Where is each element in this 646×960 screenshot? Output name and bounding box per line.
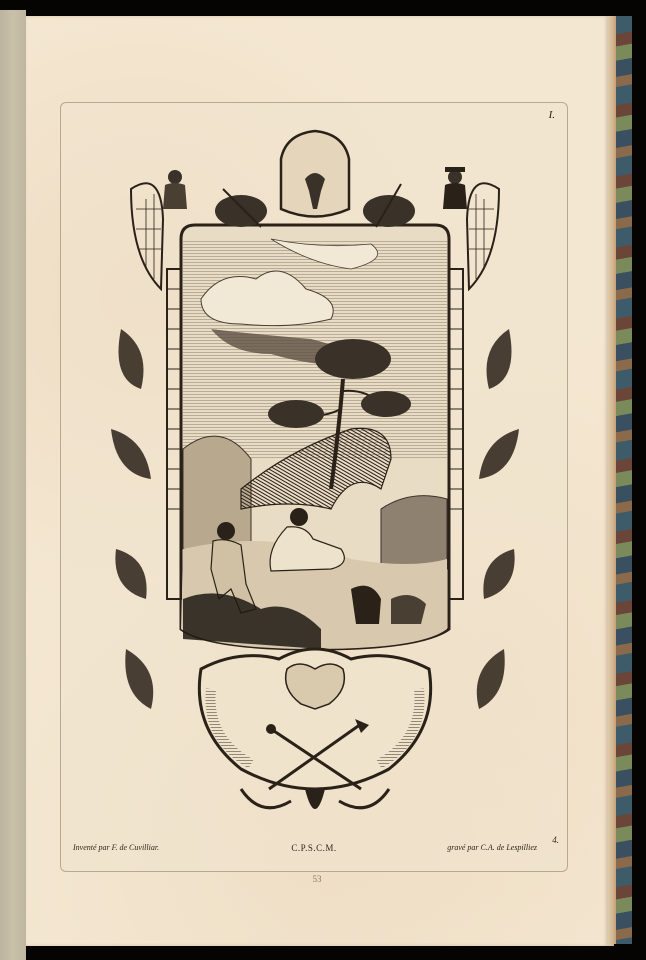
book-page: I. (26, 16, 608, 946)
plate-number: I. (549, 109, 555, 121)
page-number: 53 (26, 874, 608, 884)
plate-sequence-number: 4. (552, 835, 559, 845)
rococo-engraving (91, 129, 539, 829)
plate-mark: I. (60, 102, 568, 872)
marbled-book-edge (612, 16, 632, 944)
facing-page-edge (0, 10, 26, 960)
caption-engraver: gravé par C.A. de Lespilliez (447, 843, 537, 852)
